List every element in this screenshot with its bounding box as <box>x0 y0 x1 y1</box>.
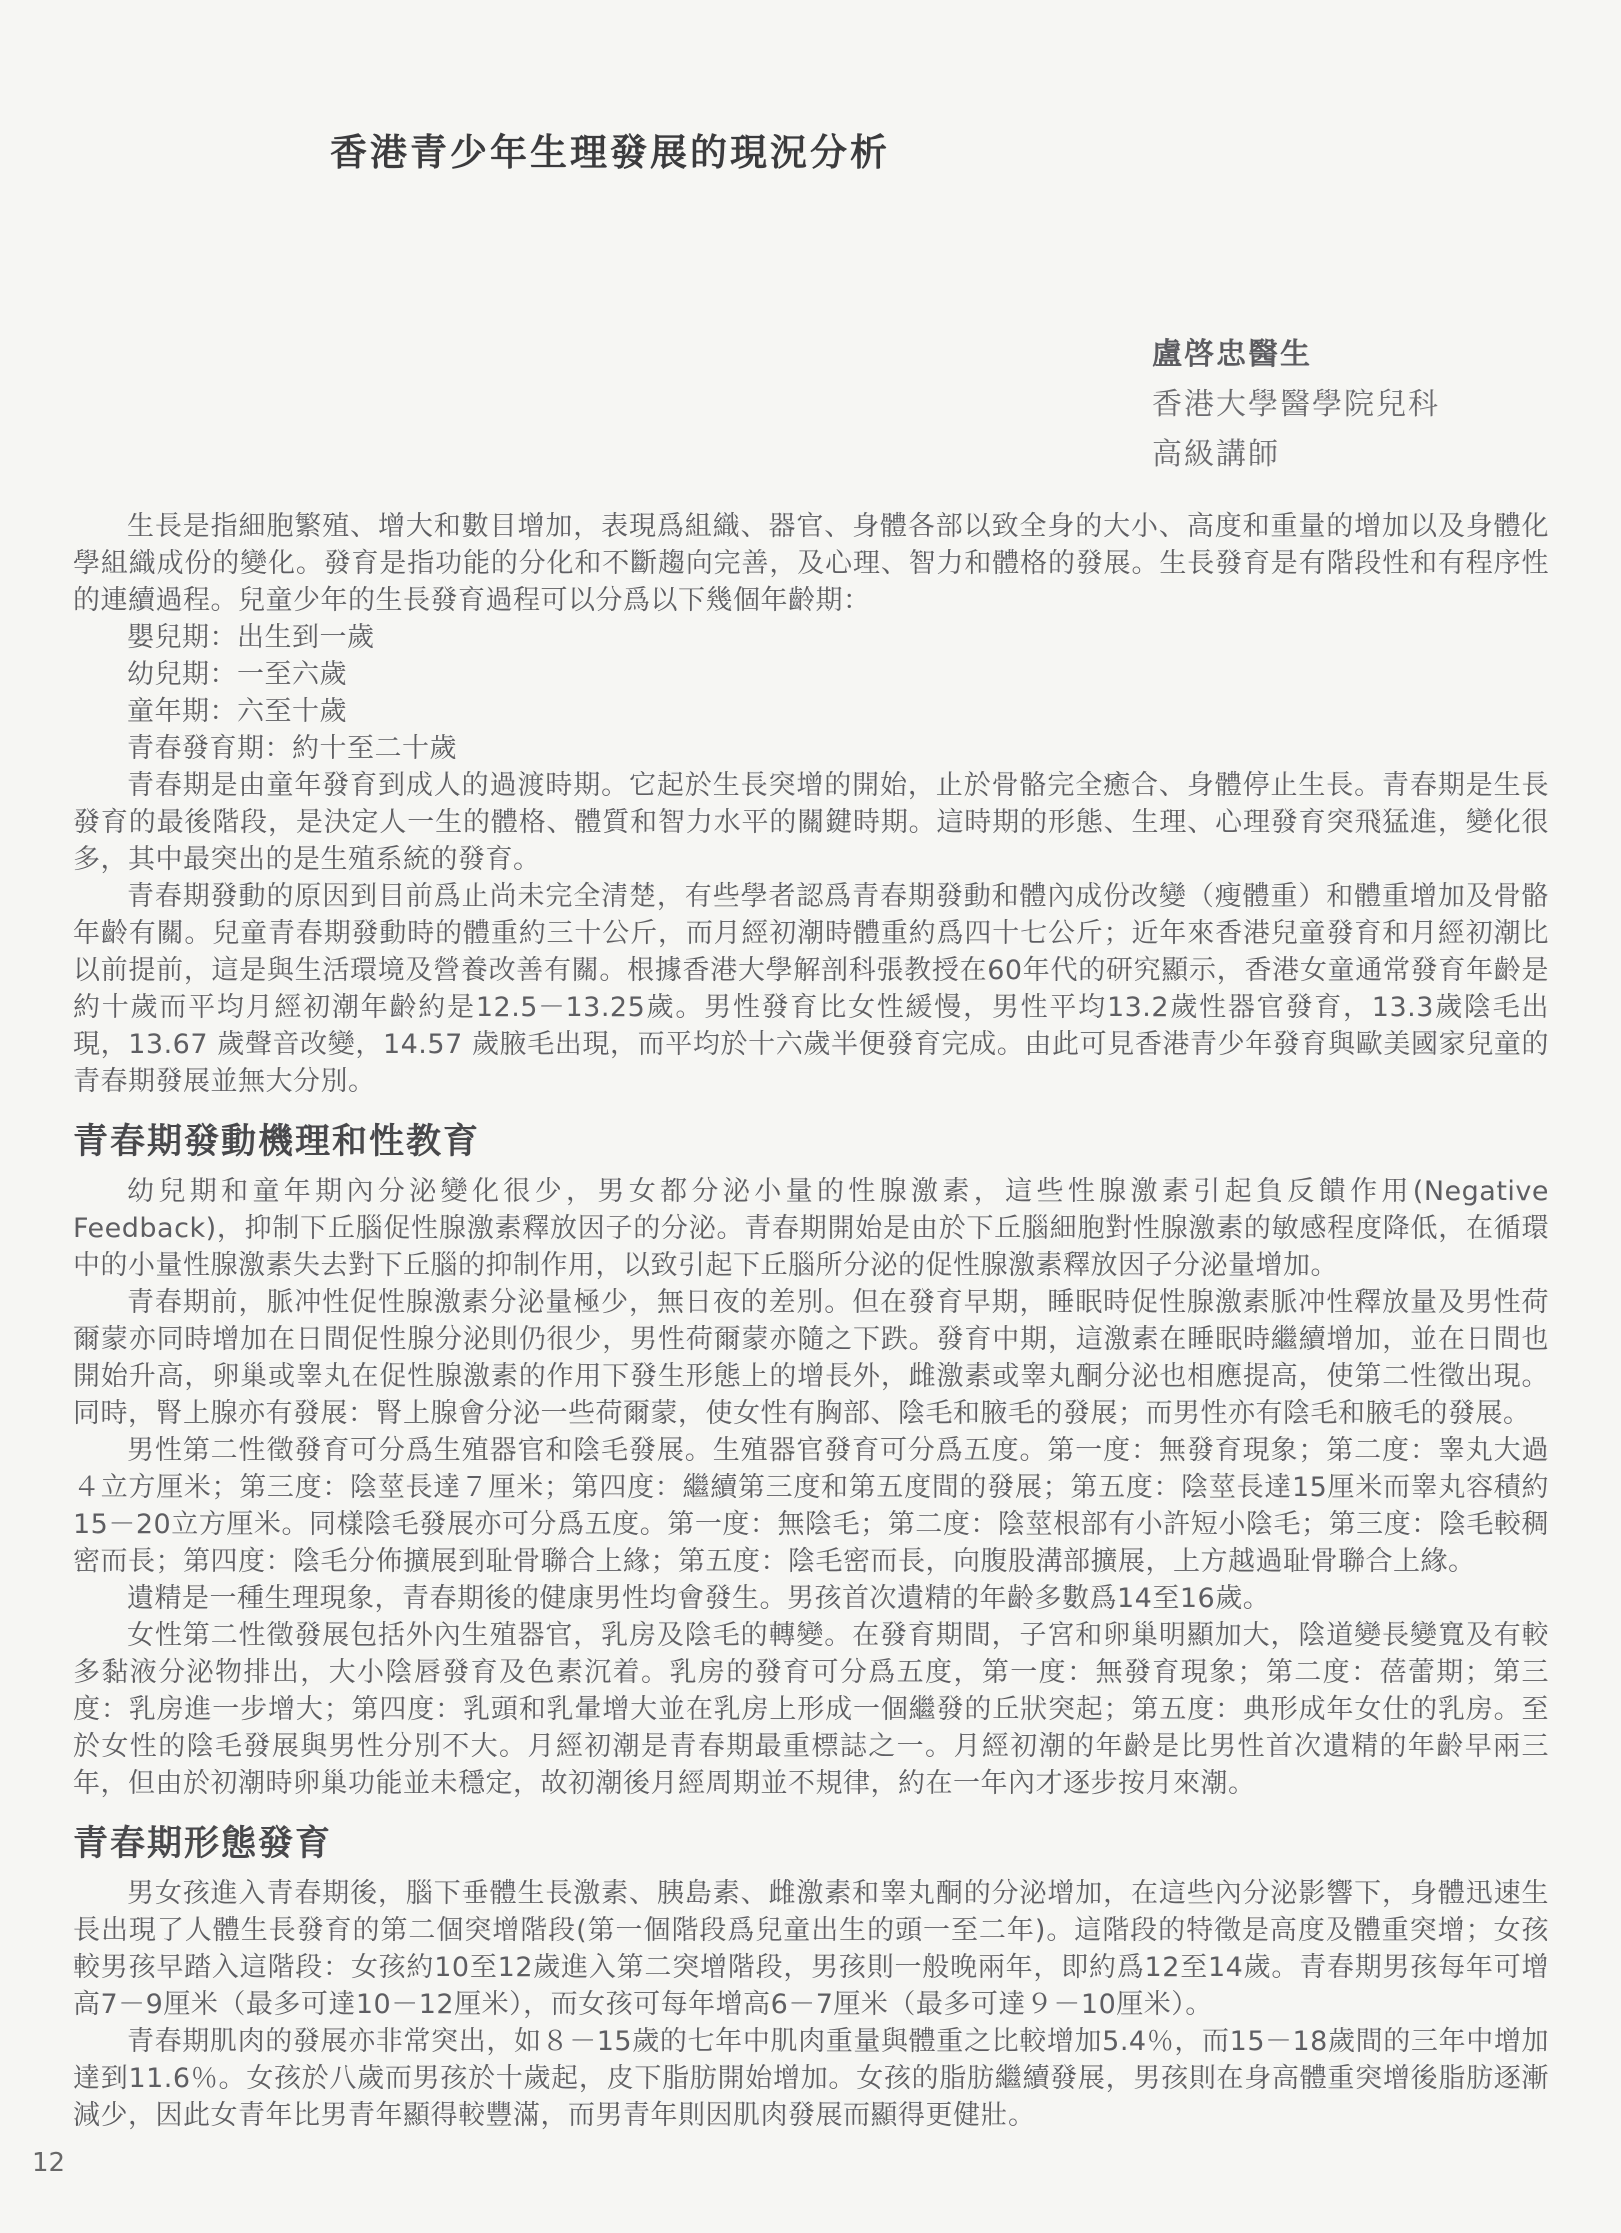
document-body: 生長是指細胞繁殖、增大和數目增加，表現爲組織、器官、身體各部以致全身的大小、高度… <box>73 508 1549 2134</box>
section-heading-mechanism-sex-education: 青春期發動機理和性教育 <box>73 1124 1549 1161</box>
list-item-toddler: 幼兒期：一至六歲 <box>127 656 1549 693</box>
paragraph-gonadotropin-secretion: 青春期前，脈冲性促性腺激素分泌量極少，無日夜的差別。但在發育早期，睡眠時促性腺激… <box>73 1284 1549 1432</box>
author-affiliation: 香港大學醫學院兒科 <box>1152 380 1440 430</box>
author-position: 高級講師 <box>1152 430 1440 480</box>
author-block: 盧啓忠醫生 香港大學醫學院兒科 高級講師 <box>1152 330 1440 480</box>
paragraph-female-secondary-characteristics: 女性第二性徵發展包括外內生殖器官，乳房及陰毛的轉變。在發育期間，子宮和卵巢明顯加… <box>73 1617 1549 1802</box>
page-number: 12 <box>32 2148 65 2178</box>
paragraph-puberty-onset-causes: 青春期發動的原因到目前爲止尚未完全清楚，有些學者認爲青春期發動和體內成份改變（瘦… <box>73 878 1549 1100</box>
page-title: 香港青少年生理發展的現況分析 <box>330 122 890 176</box>
age-period-list: 嬰兒期：出生到一歲 幼兒期：一至六歲 童年期：六至十歲 青春發育期：約十至二十歲 <box>73 619 1549 767</box>
paragraph-hormone-feedback: 幼兒期和童年期內分泌變化很少，男女都分泌小量的性腺激素，這些性腺激素引起負反饋作… <box>73 1173 1549 1284</box>
author-name: 盧啓忠醫生 <box>1152 330 1440 380</box>
paragraph-growth-definition: 生長是指細胞繁殖、增大和數目增加，表現爲組織、器官、身體各部以致全身的大小、高度… <box>73 508 1549 619</box>
paragraph-growth-spurt: 男女孩進入青春期後，腦下垂體生長激素、胰島素、雌激素和睾丸酮的分泌增加，在這些內… <box>73 1875 1549 2023</box>
paragraph-puberty-transition: 青春期是由童年發育到成人的過渡時期。它起於生長突增的開始，止於骨骼完全癒合、身體… <box>73 767 1549 878</box>
list-item-infant: 嬰兒期：出生到一歲 <box>127 619 1549 656</box>
paragraph-nocturnal-emission: 遺精是一種生理現象，青春期後的健康男性均會發生。男孩首次遺精的年齡多數爲14至1… <box>73 1580 1549 1617</box>
document-page: 香港青少年生理發展的現況分析 盧啓忠醫生 香港大學醫學院兒科 高級講師 生長是指… <box>0 0 1621 2233</box>
section-heading-morphological-development: 青春期形態發育 <box>73 1826 1549 1863</box>
list-item-puberty: 青春發育期：約十至二十歲 <box>127 730 1549 767</box>
list-item-childhood: 童年期：六至十歲 <box>127 693 1549 730</box>
paragraph-muscle-fat-development: 青春期肌肉的發展亦非常突出，如８－15歲的七年中肌肉重量與體重之比較增加5.4％… <box>73 2023 1549 2134</box>
paragraph-male-secondary-characteristics: 男性第二性徵發育可分爲生殖器官和陰毛發展。生殖器官發育可分爲五度。第一度：無發育… <box>73 1432 1549 1580</box>
